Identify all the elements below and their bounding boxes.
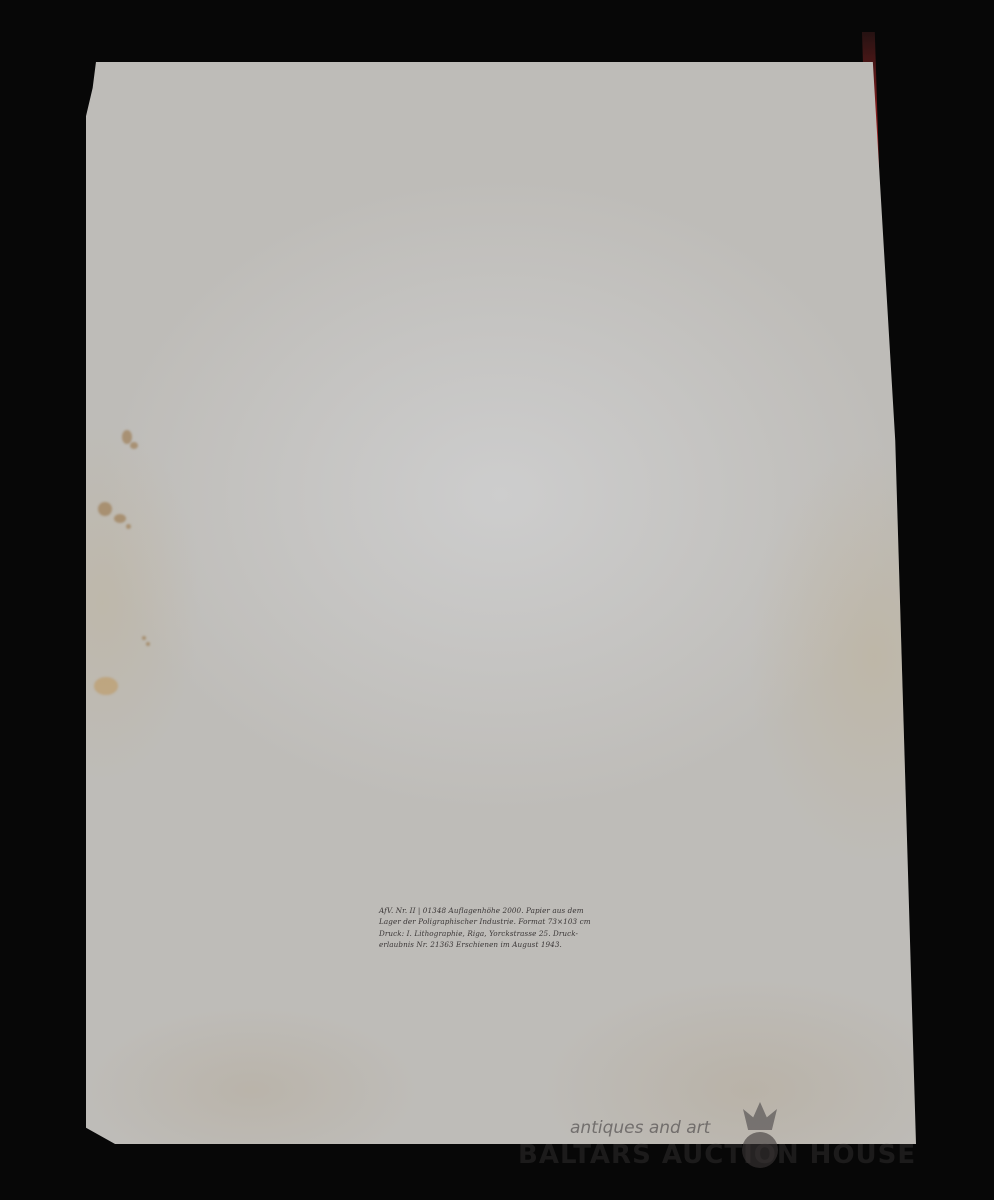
imprint-line: Druck: I. Lithographie, Riga, Yorckstras… [379,928,619,939]
photo: AfV. Nr. II | 01348 Auflagenhöhe 2000. P… [0,0,994,1200]
printer-imprint: AfV. Nr. II | 01348 Auflagenhöhe 2000. P… [379,905,619,951]
imprint-line: AfV. Nr. II | 01348 Auflagenhöhe 2000. P… [379,905,619,916]
stain [130,442,138,449]
stain [146,642,150,646]
stain [94,677,118,695]
stain [114,514,126,523]
paper-sheet [86,62,916,1144]
imprint-line: Lager der Poligraphischer Industrie. For… [379,916,619,927]
imprint-line: erlaubnis Nr. 21363 Erschienen im August… [379,939,619,950]
stain [142,636,146,640]
watermark-name: BALTARS AUCTION HOUSE [518,1140,916,1170]
stain [98,502,112,516]
stain [126,524,131,529]
